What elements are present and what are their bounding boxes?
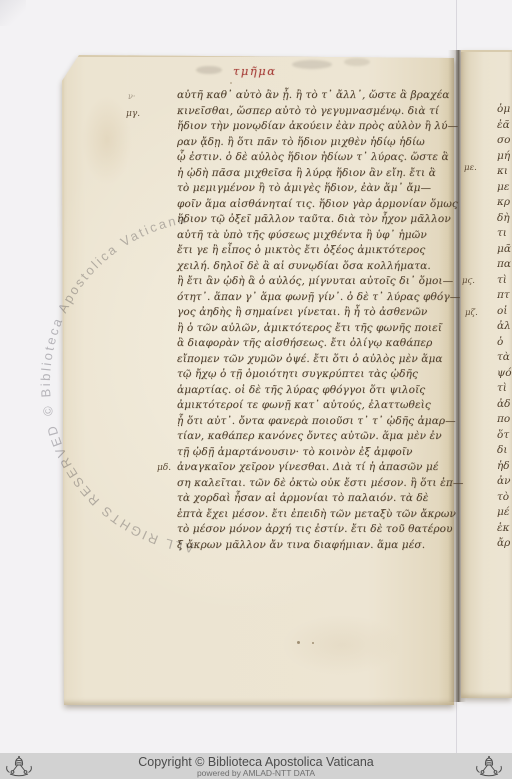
facing-line-fragment: ὁμ [497,103,512,119]
facing-line-fragment: πο [497,413,512,429]
facing-line-fragment: τὶ [497,274,512,290]
facing-margin-note-45: με. [464,163,477,173]
red-running-title: τμῆμα [233,64,276,78]
facing-line-fragment: δι [497,444,512,460]
manuscript-line: ἢ ὁ τῶν αὐλῶν, ἀμικτότερος ἔτι τῆς φωνῆς… [177,322,445,338]
facing-line-fragment: μᾶ [497,243,512,259]
footer-text: Copyright © Biblioteca Apostolica Vatica… [138,755,374,778]
facing-line-fragment: δὴ [497,212,512,228]
ink-offset-smudge [292,60,332,69]
footer-copyright: Copyright © Biblioteca Apostolica Vatica… [138,755,374,769]
manuscript-line: ξ ἄκρων μᾶλλον ἄν τινα διαφήμιαν. ἅμα μέ… [177,539,445,555]
footer-powered-by: powered by AMLAD-NTT DATA [197,769,315,778]
facing-text-column: ὁμἐᾶσομήκιμεκρδὴτιμᾶπατὶπτοἱἀλὁτὰψότὶἀδπ… [497,103,512,553]
margin-note-44: μδ. [157,463,171,473]
margin-note-faint: ν· [128,92,135,101]
manuscript-line: ᾗ ὅτι αὐτ᾽. ὄντα φανερὰ ποιοῦσι τ᾽ τ᾽ ᾠδ… [177,415,445,431]
facing-line-fragment: ἑκ [497,522,512,538]
facing-line-fragment: οἱ [497,305,512,321]
manuscript-line: ἥδιον τὴν μονῳδίαν ἀκούειν ἐὰν πρὸς αὐλὸ… [177,120,445,136]
facing-line-fragment: ἀλ [497,320,512,336]
manuscript-line: ἀμικτότεροί τε φωνῇ κατ᾽ αὐτούς, ἐλαττωθ… [177,399,445,415]
manuscript-line: ᾧ ἐστιν. ὁ δὲ αὐλὸς ἥδιον ἡδίων τ᾽ λύρας… [177,151,445,167]
facing-line-fragment: κι [497,165,512,181]
manuscript-line: ἢ ἔτι ἂν ᾠδὴ ἃ ὁ αὐλός, μίγνυται αὐτοῖς … [177,275,445,291]
manuscript-line: τῇ ᾠδῇ ἁμαρτάνουσιν· τὸ κοινὸν ἐξ ἀμφοῖν [177,446,445,462]
ink-speck [230,82,232,84]
facing-line-fragment: πα [497,258,512,274]
footer-bar: Copyright © Biblioteca Apostolica Vatica… [0,753,512,779]
ink-speck [297,641,300,644]
facing-line-fragment: ὁ [497,336,512,352]
facing-line-fragment: κρ [497,196,512,212]
facing-line-fragment: μή [497,150,512,166]
manuscript-line: κινεῖσθαι, ὥσπερ αὐτὸ τὸ γεγυμνασμένῳ. δ… [177,105,445,121]
facing-line-fragment: ἐᾶ [497,119,512,135]
facing-line-fragment: τὰ [497,351,512,367]
facing-line-fragment: σο [497,134,512,150]
manuscript-viewer-image: τμῆμα ν· μγ. μδ. αὐτῆ καθ᾽ αὑτὸ ἂν ᾖ. ἢ … [0,0,512,779]
facing-line-fragment: με [497,181,512,197]
manuscript-line: ἑπτὰ ἔχει μέσον. ἔτι ἐπειδὴ τῶν μεταξὺ τ… [177,508,445,524]
ink-offset-smudge [344,58,370,66]
corner-shade [0,0,26,26]
facing-line-fragment: ψό [497,367,512,383]
manuscript-line: εἴπομεν τῶν χυμῶν ὀψέ. ἔτι ὅτι ὁ αὐλὸς μ… [177,353,445,369]
facing-line-fragment: ἡδ [497,460,512,476]
vatican-emblem-icon [474,755,504,777]
manuscript-line: ότητ᾽. ἅπαν γ᾽ ἅμα φωνῇ γίν᾽. ὁ δὲ τ᾽ λύ… [177,291,445,307]
manuscript-line: φοῖν ἅμα αἰσθάνηταί τις. ἥδιον γὰρ ἁρμον… [177,198,445,214]
parchment-stain [282,615,402,675]
facing-line-fragment: τι [497,227,512,243]
ink-speck [312,642,314,644]
facing-margin-note-46: μϛ. [462,276,475,286]
facing-line-fragment: μέ [497,506,512,522]
parchment-stain [82,95,132,185]
manuscript-line: ἥδιον τῷ ὀξεῖ μᾶλλον ταῦτα. διὰ τὸν ἦχον… [177,213,445,229]
manuscript-line: ἀναγκαῖον χεῖρον γίνεσθαι. Διὰ τί ἡ ἁπασ… [177,461,445,477]
manuscript-line: ἃ διαφορὰν τῆς αἰσθήσεως. ἔτι ὀλίγῳ καθά… [177,337,445,353]
manuscript-line: ραν ᾄδῃ. ἢ ὅτι πᾶν τὸ ἥδιον μιχθὲν ἡδίῳ … [177,136,445,152]
facing-line-fragment: ἀδ [497,398,512,414]
margin-note-43: μγ. [126,109,140,119]
manuscript-line: ἁμαρτίας. οἱ δὲ τῆς λύρας φθόγγοι ὅτι ψι… [177,384,445,400]
manuscript-line: γος ἀηδὴς ἢ σημαίνει γίνεται. ἢ ἦ τὸ ἀσθ… [177,306,445,322]
facing-margin-note-47: μζ. [465,308,478,318]
manuscript-line: ἔτι γε ἢ εἶπος ὁ μικτὸς ἔτι ὀξέος ἀμικτό… [177,244,445,260]
facing-line-fragment: ἄρ [497,537,512,553]
manuscript-line: ἡ ᾠδὴ πᾶσα μιχθεῖσα ἢ λύρᾳ ἥδιον ἂν εἴη.… [177,167,445,183]
facing-line-fragment: τὶ [497,382,512,398]
manuscript-line: ση καλεῖται. τῶν δὲ ὀκτὼ οὐκ ἔστι μέσον.… [177,477,445,493]
facing-line-fragment: τὸ [497,491,512,507]
vatican-emblem-icon [4,755,34,777]
ink-offset-smudge [196,66,222,74]
manuscript-line: χειλή. δηλοῖ δὲ ἃ αἱ συνῳδίαι ὅσα κολλήμ… [177,260,445,276]
manuscript-line: αὐτῆ καθ᾽ αὑτὸ ἂν ᾖ. ἢ τὸ τ᾽ ἄλλ᾽, ὥστε … [177,89,445,105]
manuscript-line: τὸ μεμιγμένον ἢ τὸ ἀμιγὲς ἥδιον, ἐὰν ἅμ᾽… [177,182,445,198]
manuscript-text-column: αὐτῆ καθ᾽ αὑτὸ ἂν ᾖ. ἢ τὸ τ᾽ ἄλλ᾽, ὥστε … [177,89,445,554]
manuscript-line: τίαν, καθάπερ κανόνες ὄντες αὐτῶν. ἅμα μ… [177,430,445,446]
manuscript-line: αὐτῆ τὰ ὑπὸ τῆς φύσεως μιχθέντα ἢ ὑφ᾽ ἡμ… [177,229,445,245]
manuscript-line: τὸ μέσον μόνον ἀρχή τις ἐστίν. ἔτι δὲ το… [177,523,445,539]
facing-line-fragment: πτ [497,289,512,305]
facing-line-fragment: ἀν [497,475,512,491]
manuscript-line: τῷ ἤχῳ ὁ τῇ ὁμοιότητι συγκρύπτει τὰς ᾠδῆ… [177,368,445,384]
manuscript-line: τὰ χορδαὶ ἦσαν αἱ ἁρμονίαι τὸ παλαιόν. τ… [177,492,445,508]
facing-line-fragment: ὅτ [497,429,512,445]
